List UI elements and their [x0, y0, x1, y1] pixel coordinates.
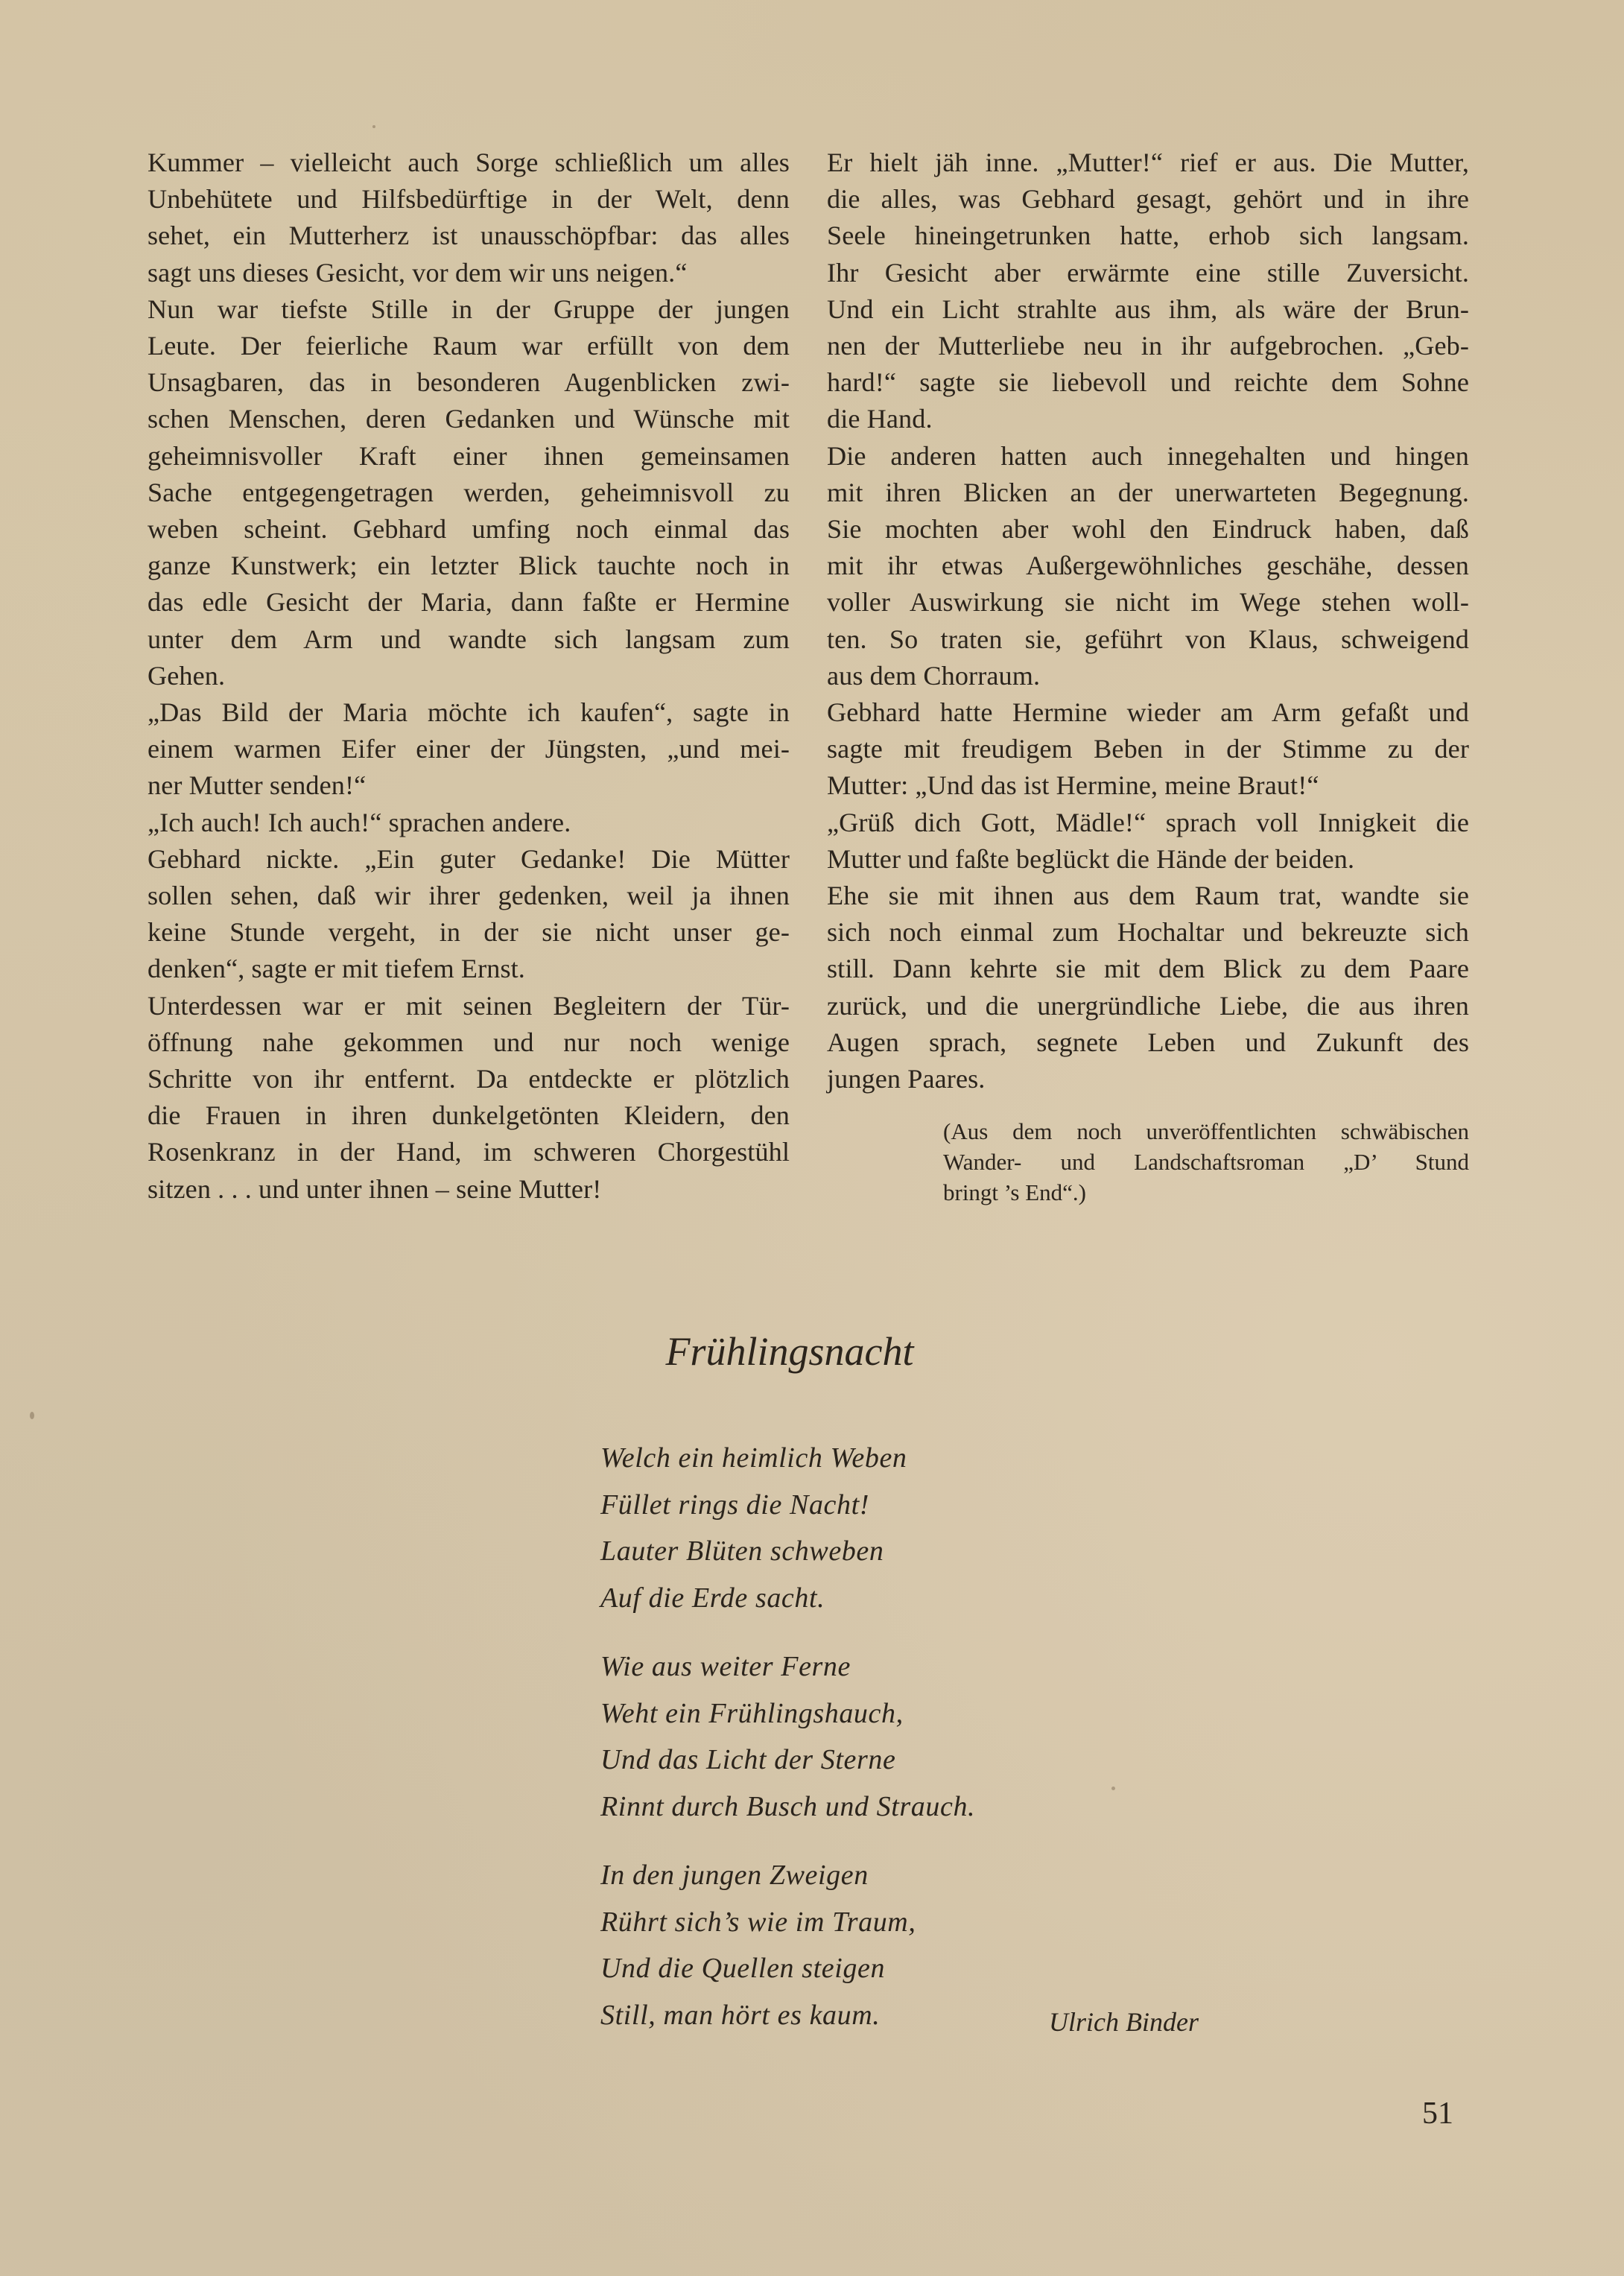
text-line: Leute. Der feierliche Raum war erfüllt v… — [148, 328, 790, 364]
text-line: zurück, und die unergründliche Liebe, di… — [827, 988, 1469, 1024]
text-line: Ehe sie mit ihnen aus dem Raum trat, wan… — [827, 878, 1469, 914]
text-line: Gebhard hatte Hermine wieder am Arm gefa… — [827, 694, 1469, 731]
text-line: Die anderen hatten auch innegehalten und… — [827, 438, 1469, 475]
text-line: sehet, ein Mutterherz ist unausschöpfbar… — [148, 218, 790, 254]
paper-speck — [30, 1412, 34, 1419]
text-line: bringt ’s End“.) — [943, 1177, 1469, 1208]
text-line: die alles, was Gebhard gesagt, gehört un… — [827, 181, 1469, 218]
text-line: Wander- und Landschaftsroman „D’ Stund — [943, 1147, 1469, 1177]
text-line: voller Auswirkung sie nicht im Wege steh… — [827, 584, 1469, 621]
text-line: Nun war tiefste Stille in der Gruppe der… — [148, 291, 790, 328]
source-note: (Aus dem noch unveröffentlichten schwäbi… — [943, 1116, 1469, 1208]
text-line: Er hielt jäh inne. „Mutter!“ rief er aus… — [827, 145, 1469, 181]
text-line: Mutter: „Und das ist Hermine, meine Brau… — [827, 767, 1469, 804]
text-line: Sache entgegengetragen werden, geheimnis… — [148, 475, 790, 511]
text-line: sitzen . . . und unter ihnen – seine Mut… — [148, 1171, 790, 1208]
text-line: die Hand. — [827, 401, 1469, 437]
paragraph: Die anderen hatten auch innegehalten und… — [827, 438, 1469, 694]
text-line: mit ihr etwas Außergewöhnliches geschähe… — [827, 548, 1469, 584]
text-line: sagte mit freudigem Beben in der Stimme … — [827, 731, 1469, 767]
paragraph: Kummer – vielleicht auch Sorge schließli… — [148, 145, 790, 291]
text-line: „Grüß dich Gott, Mädle!“ sprach voll Inn… — [827, 805, 1469, 841]
poem-verse: In den jungen Zweigen — [600, 1852, 1271, 1899]
text-line: Gehen. — [148, 658, 790, 694]
paragraph: „Ich auch! Ich auch!“ sprachen andere. — [148, 805, 790, 841]
text-line: „Das Bild der Maria möchte ich kaufen“, … — [148, 694, 790, 731]
text-line: jungen Paares. — [827, 1061, 1469, 1097]
paragraph: Ehe sie mit ihnen aus dem Raum trat, wan… — [827, 878, 1469, 1097]
text-line: Und ein Licht strahlte aus ihm, als wäre… — [827, 291, 1469, 328]
text-line: Seele hineingetrunken hatte, erhob sich … — [827, 218, 1469, 254]
poem-body: Welch ein heimlich Weben Füllet rings di… — [600, 1435, 1271, 2061]
text-line: mit ihren Blicken an der unerwarteten Be… — [827, 475, 1469, 511]
text-line: einem warmen Eifer einer der Jüngsten, „… — [148, 731, 790, 767]
paragraph: Er hielt jäh inne. „Mutter!“ rief er aus… — [827, 145, 1469, 438]
paragraph: „Grüß dich Gott, Mädle!“ sprach voll Inn… — [827, 805, 1469, 878]
paragraph: Gebhard nickte. „Ein guter Gedanke! Die … — [148, 841, 790, 988]
text-line: sich noch einmal zum Hochaltar und bekre… — [827, 914, 1469, 951]
text-line: still. Dann kehrte sie mit dem Blick zu … — [827, 951, 1469, 987]
text-line: ten. So traten sie, geführt von Klaus, s… — [827, 621, 1469, 658]
text-line: das edle Gesicht der Maria, dann faßte e… — [148, 584, 790, 621]
text-line: Unbehütete und Hilfsbedürftige in der We… — [148, 181, 790, 218]
paragraph: „Das Bild der Maria möchte ich kaufen“, … — [148, 694, 790, 805]
paper-speck — [372, 125, 375, 128]
text-line: „Ich auch! Ich auch!“ sprachen andere. — [148, 805, 790, 841]
poem-verse: Und die Quellen steigen — [600, 1945, 1271, 1992]
text-line: Ihr Gesicht aber erwärmte eine stille Zu… — [827, 255, 1469, 291]
poem-verse: Rührt sich’s wie im Traum, — [600, 1899, 1271, 1946]
text-line: denken“, sagte er mit tiefem Ernst. — [148, 951, 790, 987]
poem-stanza: Wie aus weiter Ferne Weht ein Frühlingsh… — [600, 1643, 1271, 1830]
text-line: öffnung nahe gekommen und nur noch wenig… — [148, 1024, 790, 1061]
paragraph: Nun war tiefste Stille in der Gruppe der… — [148, 291, 790, 694]
poem-verse: Welch ein heimlich Weben — [600, 1435, 1271, 1482]
page-number: 51 — [1422, 2095, 1453, 2132]
text-line: aus dem Chorraum. — [827, 658, 1469, 694]
text-line: keine Stunde vergeht, in der sie nicht u… — [148, 914, 790, 951]
text-line: hard!“ sagte sie liebevoll und reichte d… — [827, 364, 1469, 401]
poem-verse: Lauter Blüten schweben — [600, 1528, 1271, 1575]
text-line: Unsagbaren, das in besonderen Augenblick… — [148, 364, 790, 401]
text-line: Schritte von ihr entfernt. Da entdeckte … — [148, 1061, 790, 1097]
story-right-column: Er hielt jäh inne. „Mutter!“ rief er aus… — [827, 145, 1469, 1097]
story-left-column: Kummer – vielleicht auch Sorge schließli… — [148, 145, 790, 1208]
text-line: Gebhard nickte. „Ein guter Gedanke! Die … — [148, 841, 790, 878]
poem-verse: Wie aus weiter Ferne — [600, 1643, 1271, 1690]
text-line: Mutter und faßte beglückt die Hände der … — [827, 841, 1469, 878]
poem-author: Ulrich Binder — [1049, 2003, 1199, 2041]
text-line: Rosenkranz in der Hand, im schweren Chor… — [148, 1134, 790, 1170]
text-line: nen der Mutterliebe neu in ihr aufgebroc… — [827, 328, 1469, 364]
text-line: ner Mutter senden!“ — [148, 767, 790, 804]
paragraph: Unterdessen war er mit seinen Begleitern… — [148, 988, 790, 1208]
poem-verse: Auf die Erde sacht. — [600, 1575, 1271, 1622]
text-line: Augen sprach, segnete Leben und Zukunft … — [827, 1024, 1469, 1061]
text-line: schen Menschen, deren Gedanken und Wünsc… — [148, 401, 790, 437]
poem-title: Frühlingsnacht — [581, 1328, 998, 1375]
text-line: ganze Kunstwerk; ein letzter Blick tauch… — [148, 548, 790, 584]
text-line: Sie mochten aber wohl den Eindruck haben… — [827, 511, 1469, 548]
paragraph: Gebhard hatte Hermine wieder am Arm gefa… — [827, 694, 1469, 805]
text-line: weben scheint. Gebhard umfing noch einma… — [148, 511, 790, 548]
poem-verse: Rinnt durch Busch und Strauch. — [600, 1784, 1271, 1830]
poem-verse: Und das Licht der Sterne — [600, 1737, 1271, 1784]
paper-speck — [1111, 1787, 1115, 1790]
text-line: geheimnisvoller Kraft einer ihnen gemein… — [148, 438, 790, 475]
poem-verse: Weht ein Frühlingshauch, — [600, 1690, 1271, 1737]
text-line: die Frauen in ihren dunkelgetönten Kleid… — [148, 1097, 790, 1134]
poem-stanza: Welch ein heimlich Weben Füllet rings di… — [600, 1435, 1271, 1621]
text-line: sagt uns dieses Gesicht, vor dem wir uns… — [148, 255, 790, 291]
text-line: (Aus dem noch unveröffentlichten schwäbi… — [943, 1116, 1469, 1147]
text-line: unter dem Arm und wandte sich langsam zu… — [148, 621, 790, 658]
text-line: sollen sehen, daß wir ihrer gedenken, we… — [148, 878, 790, 914]
text-line: Kummer – vielleicht auch Sorge schließli… — [148, 145, 790, 181]
text-line: Unterdessen war er mit seinen Begleitern… — [148, 988, 790, 1024]
poem-verse: Füllet rings die Nacht! — [600, 1482, 1271, 1529]
